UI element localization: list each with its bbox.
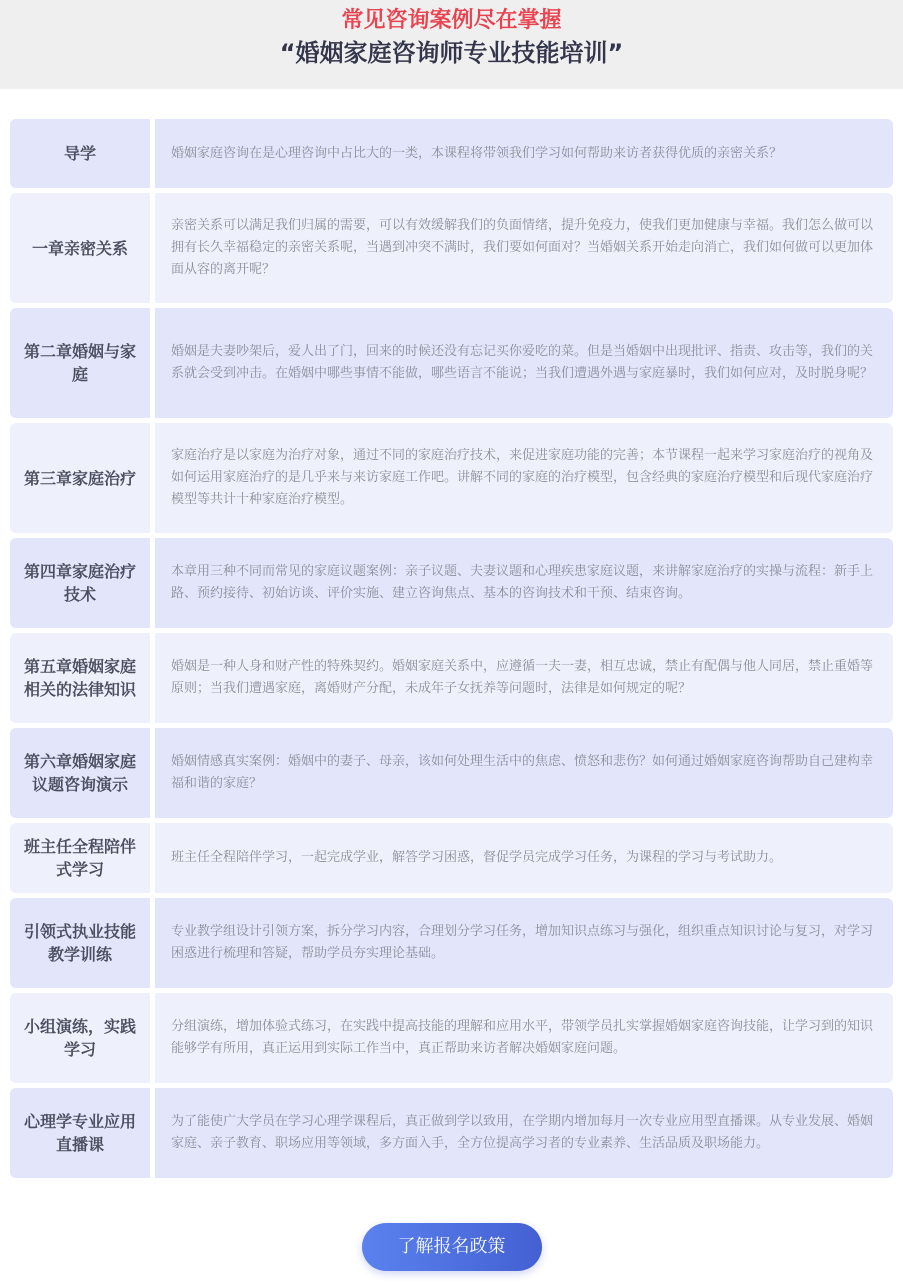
course-table: 导学 婚姻家庭咨询在是心理咨询中占比大的一类，本课程将带领我们学习如何帮助来访者… — [10, 119, 893, 1183]
course-row-description: 为了能使广大学员在学习心理学课程后，真正做到学以致用，在学期内增加每月一次专业应… — [155, 1088, 893, 1178]
enrollment-policy-button[interactable]: 了解报名政策 — [362, 1223, 542, 1271]
course-row-title: 引领式执业技能教学训练 — [10, 898, 150, 988]
course-row: 第二章婚姻与家庭 婚姻是夫妻吵架后，爱人出了门，回来的时候还没有忘记买你爱吃的菜… — [10, 308, 893, 418]
course-row-description: 婚姻情感真实案例：婚姻中的妻子、母亲，该如何处理生活中的焦虑、愤怒和悲伤？如何通… — [155, 728, 893, 818]
course-row: 心理学专业应用直播课 为了能使广大学员在学习心理学课程后，真正做到学以致用，在学… — [10, 1088, 893, 1178]
course-row-title: 心理学专业应用直播课 — [10, 1088, 150, 1178]
course-row: 班主任全程陪伴式学习 班主任全程陪伴学习，一起完成学业，解答学习困惑，督促学员完… — [10, 823, 893, 893]
course-row-title: 第五章婚姻家庭相关的法律知识 — [10, 633, 150, 723]
course-row-description: 本章用三种不同而常见的家庭议题案例：亲子议题、夫妻议题和心理疾患家庭议题，来讲解… — [155, 538, 893, 628]
course-row-title: 一章亲密关系 — [10, 193, 150, 303]
header-subtitle: 常见咨询案例尽在掌握 — [0, 6, 903, 36]
course-row-description: 婚姻是一种人身和财产性的特殊契约。婚姻家庭关系中，应遵循一夫一妻，相互忠诚，禁止… — [155, 633, 893, 723]
course-row-title: 导学 — [10, 119, 150, 188]
course-row-description: 家庭治疗是以家庭为治疗对象，通过不同的家庭治疗技术，来促进家庭功能的完善；本节课… — [155, 423, 893, 533]
course-row-description: 婚姻是夫妻吵架后，爱人出了门，回来的时候还没有忘记买你爱吃的菜。但是当婚姻中出现… — [155, 308, 893, 418]
page-header: 常见咨询案例尽在掌握 “婚姻家庭咨询师专业技能培训” — [0, 0, 903, 89]
course-row: 引领式执业技能教学训练 专业教学组设计引领方案，拆分学习内容，合理划分学习任务，… — [10, 898, 893, 988]
course-row-description: 亲密关系可以满足我们归属的需要，可以有效缓解我们的负面情绪，提升免疫力，使我们更… — [155, 193, 893, 303]
course-row: 导学 婚姻家庭咨询在是心理咨询中占比大的一类，本课程将带领我们学习如何帮助来访者… — [10, 119, 893, 188]
course-row-description: 婚姻家庭咨询在是心理咨询中占比大的一类，本课程将带领我们学习如何帮助来访者获得优… — [155, 119, 893, 188]
course-row: 第三章家庭治疗 家庭治疗是以家庭为治疗对象，通过不同的家庭治疗技术，来促进家庭功… — [10, 423, 893, 533]
course-row: 第六章婚姻家庭议题咨询演示 婚姻情感真实案例：婚姻中的妻子、母亲，该如何处理生活… — [10, 728, 893, 818]
course-row: 第四章家庭治疗技术 本章用三种不同而常见的家庭议题案例：亲子议题、夫妻议题和心理… — [10, 538, 893, 628]
course-row-description: 分组演练，增加体验式练习，在实践中提高技能的理解和应用水平，带领学员扎实掌握婚姻… — [155, 993, 893, 1083]
course-row-title: 班主任全程陪伴式学习 — [10, 823, 150, 893]
course-row: 一章亲密关系 亲密关系可以满足我们归属的需要，可以有效缓解我们的负面情绪，提升免… — [10, 193, 893, 303]
course-row-title: 第三章家庭治疗 — [10, 423, 150, 533]
course-row-title: 第六章婚姻家庭议题咨询演示 — [10, 728, 150, 818]
course-row: 第五章婚姻家庭相关的法律知识 婚姻是一种人身和财产性的特殊契约。婚姻家庭关系中，… — [10, 633, 893, 723]
course-row-title: 第二章婚姻与家庭 — [10, 308, 150, 418]
course-row-title: 小组演练，实践学习 — [10, 993, 150, 1083]
course-row-description: 班主任全程陪伴学习，一起完成学业，解答学习困惑，督促学员完成学习任务，为课程的学… — [155, 823, 893, 893]
course-row-description: 专业教学组设计引领方案，拆分学习内容，合理划分学习任务，增加知识点练习与强化，组… — [155, 898, 893, 988]
course-row-title: 第四章家庭治疗技术 — [10, 538, 150, 628]
cta-container: 了解报名政策 — [0, 1223, 903, 1271]
course-row: 小组演练，实践学习 分组演练，增加体验式练习，在实践中提高技能的理解和应用水平，… — [10, 993, 893, 1083]
header-title: “婚姻家庭咨询师专业技能培训” — [0, 36, 903, 70]
